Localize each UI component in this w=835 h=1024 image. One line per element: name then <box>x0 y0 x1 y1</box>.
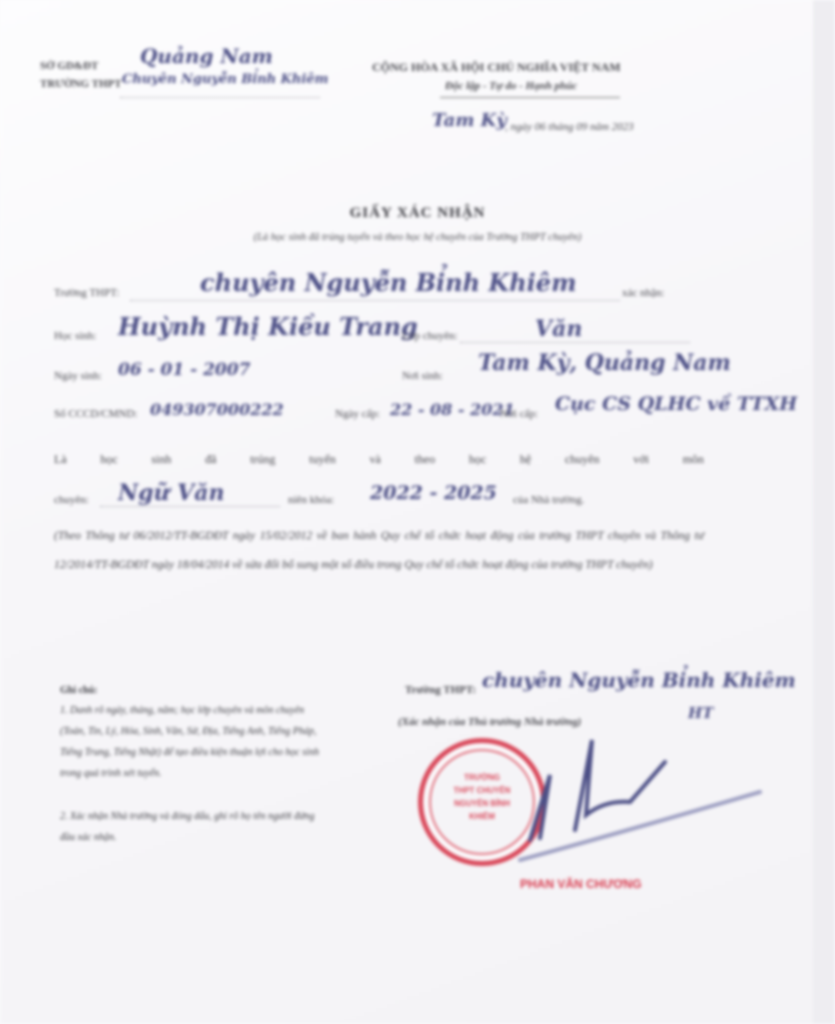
note-item-1: 1. Danh rõ ngày, tháng, năm; học lớp chu… <box>60 700 330 784</box>
note-item-2: 2. Xác nhận Nhà trường và đóng dấu, ghi … <box>60 806 330 848</box>
legal-basis: (Theo Thông tư 06/2012/TT-BGDĐT ngày 15/… <box>54 522 704 580</box>
scan-edge <box>813 0 835 1024</box>
statement-word: sinh <box>151 452 171 467</box>
student-label: Học sinh: <box>54 330 96 342</box>
statement-word: với <box>633 452 649 467</box>
id-label: Số CCCD/CMND: <box>54 408 137 420</box>
issue-place-label: Nơi cấp: <box>500 408 538 420</box>
school-field-line <box>130 300 620 301</box>
statement-word: trúng <box>250 452 275 467</box>
school-field-label: Trường THPT: <box>54 287 119 299</box>
signature-school-value: chuyên Nguyễn Bỉnh Khiêm <box>482 668 796 692</box>
document-page: SỞ GD&ĐT Quảng Nam TRƯỜNG THPT Chuyên Ng… <box>0 0 835 1024</box>
statement-word: hệ <box>520 452 531 467</box>
subject-label: chuyên: <box>54 494 89 506</box>
issue-date-label: Ngày cấp: <box>335 408 380 420</box>
statement-word: học <box>100 452 117 467</box>
school-label: TRƯỜNG THPT <box>40 78 122 90</box>
year-suffix: của Nhà trường. <box>513 494 584 506</box>
class-value: Văn <box>535 316 582 342</box>
id-value: 049307000222 <box>150 400 284 419</box>
issue-date-value: 22 - 08 - 2021 <box>390 400 515 419</box>
statement-line: Làhọcsinhđãtrúngtuyểnvàtheohọchệchuyênvớ… <box>54 452 704 467</box>
school-field-suffix: xác nhận: <box>622 287 664 299</box>
motto-underline <box>440 97 620 98</box>
dob-label: Ngày sinh: <box>54 370 102 382</box>
notes-heading: Ghi chú: <box>60 680 330 701</box>
statement-word: môn <box>683 452 704 467</box>
date-text: , ngày 06 tháng 09 năm 2023 <box>505 121 634 133</box>
school-header-value: Chuyên Nguyễn Bỉnh Khiêm <box>122 72 328 87</box>
issue-place-value: Cục CS QLHC về TTXH <box>555 393 815 415</box>
handwritten-signature <box>400 720 800 880</box>
student-name: Huỳnh Thị Kiều Trang <box>118 312 418 341</box>
class-label: Lớp chuyên: <box>402 330 458 342</box>
department-label: SỞ GD&ĐT <box>40 60 98 72</box>
year-label: niên khóa: <box>288 494 334 506</box>
department-value: Quảng Nam <box>140 44 273 68</box>
dob-value: 06 - 01 - 2007 <box>118 360 250 380</box>
nation-title: CỘNG HÒA XÃ HỘI CHỦ NGHĨA VIỆT NAM <box>372 60 621 75</box>
statement-word: Là <box>54 452 67 467</box>
pob-label: Nơi sinh: <box>402 370 443 382</box>
subject-value: Ngữ Văn <box>118 480 224 506</box>
class-line <box>460 342 690 343</box>
year-value: 2022 - 2025 <box>370 482 497 504</box>
statement-word: đã <box>205 452 216 467</box>
signature-school-label: Trường THPT: <box>405 684 476 696</box>
statement-word: chuyên <box>565 452 600 467</box>
statement-word: tuyển <box>309 452 336 467</box>
pob-value: Tam Kỳ, Quảng Nam <box>478 350 731 376</box>
statement-word: theo <box>414 452 435 467</box>
motto: Độc lập - Tự do - Hạnh phúc <box>445 80 577 92</box>
statement-word: học <box>469 452 486 467</box>
header-underline <box>120 97 320 98</box>
signer-name: PHAN VĂN CHƯƠNG <box>520 877 642 891</box>
subject-line <box>100 506 280 507</box>
school-field-value: chuyên Nguyễn Bỉnh Khiêm <box>200 268 576 297</box>
place: Tam Kỳ <box>432 110 507 131</box>
document-subtitle: (Là học sinh đã trúng tuyển và theo học … <box>0 232 835 243</box>
document-title: GIẤY XÁC NHẬN <box>0 205 835 222</box>
statement-word: và <box>369 452 380 467</box>
